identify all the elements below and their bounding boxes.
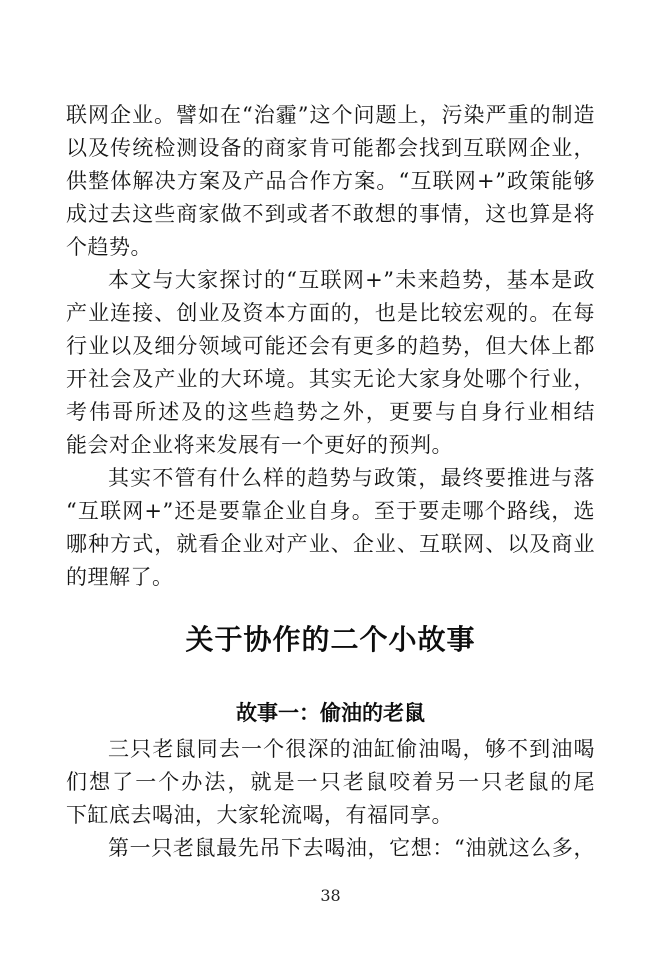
text-line: “互联网+”还是要靠企业自身。至于要走哪个路线，选择 [66, 495, 595, 528]
paragraph-5: 第一只老鼠最先吊下去喝油，它想：“油就这么多，大 [66, 832, 595, 865]
text-line: 成过去这些商家做不到或者不敢想的事情，这也算是将来一 [66, 198, 595, 231]
text-line: 联网企业。譬如在“治霾”这个问题上，污染严重的制造业 [66, 99, 595, 132]
text-line: 的理解了。 [66, 561, 595, 594]
text-line: 下缸底去喝油，大家轮流喝，有福同享。 [66, 799, 595, 832]
text-line: 们想了一个办法，就是一只老鼠咬着另一只老鼠的尾巴，吊 [66, 766, 595, 799]
text-line: 能会对企业将来发展有一个更好的预判。 [66, 429, 595, 462]
text-line: 开社会及产业的大环境。其实无论大家身处哪个行业，在参 [66, 363, 595, 396]
paragraph-4: 三只老鼠同去一个很深的油缸偷油喝，够不到油喝的它 们想了一个办法，就是一只老鼠咬… [66, 733, 595, 832]
paragraph-1: 联网企业。譬如在“治霾”这个问题上，污染严重的制造业 以及传统检测设备的商家肯可… [66, 99, 595, 264]
text-line: 以及传统检测设备的商家肯可能都会找到互联网企业，以提 [66, 132, 595, 165]
paragraph-3: 其实不管有什么样的趋势与政策，最终要推进与落实 “互联网+”还是要靠企业自身。至… [66, 462, 595, 594]
text-line: 其实不管有什么样的趋势与政策，最终要推进与落实 [66, 462, 595, 495]
section-heading: 关于协作的二个小故事 [66, 620, 595, 660]
text-line: 供整体解决方案及产品合作方案。“互联网+”政策能够促 [66, 165, 595, 198]
document-page: 联网企业。譬如在“治霾”这个问题上，污染严重的制造业 以及传统检测设备的商家肯可… [0, 0, 661, 959]
page-number: 38 [0, 886, 661, 906]
text-line: 产业连接、创业及资本方面的，也是比较宏观的。在每一个 [66, 297, 595, 330]
text-line: 第一只老鼠最先吊下去喝油，它想：“油就这么多，大 [66, 832, 595, 865]
text-line: 个趋势。 [66, 231, 595, 264]
body-text: 联网企业。譬如在“治霾”这个问题上，污染严重的制造业 以及传统检测设备的商家肯可… [66, 99, 595, 865]
text-line: 哪种方式，就看企业对产业、企业、互联网、以及商业模式 [66, 528, 595, 561]
text-line: 三只老鼠同去一个很深的油缸偷油喝，够不到油喝的它 [66, 733, 595, 766]
text-line: 本文与大家探讨的“互联网+”未来趋势，基本是政策、 [66, 264, 595, 297]
paragraph-2: 本文与大家探讨的“互联网+”未来趋势，基本是政策、 产业连接、创业及资本方面的，… [66, 264, 595, 462]
story-subheading: 故事一：偷油的老鼠 [66, 697, 595, 730]
text-line: 行业以及细分领域可能还会有更多的趋势，但大体上都离不 [66, 330, 595, 363]
text-line: 考伟哥所述及的这些趋势之外，更要与自身行业相结合，可 [66, 396, 595, 429]
